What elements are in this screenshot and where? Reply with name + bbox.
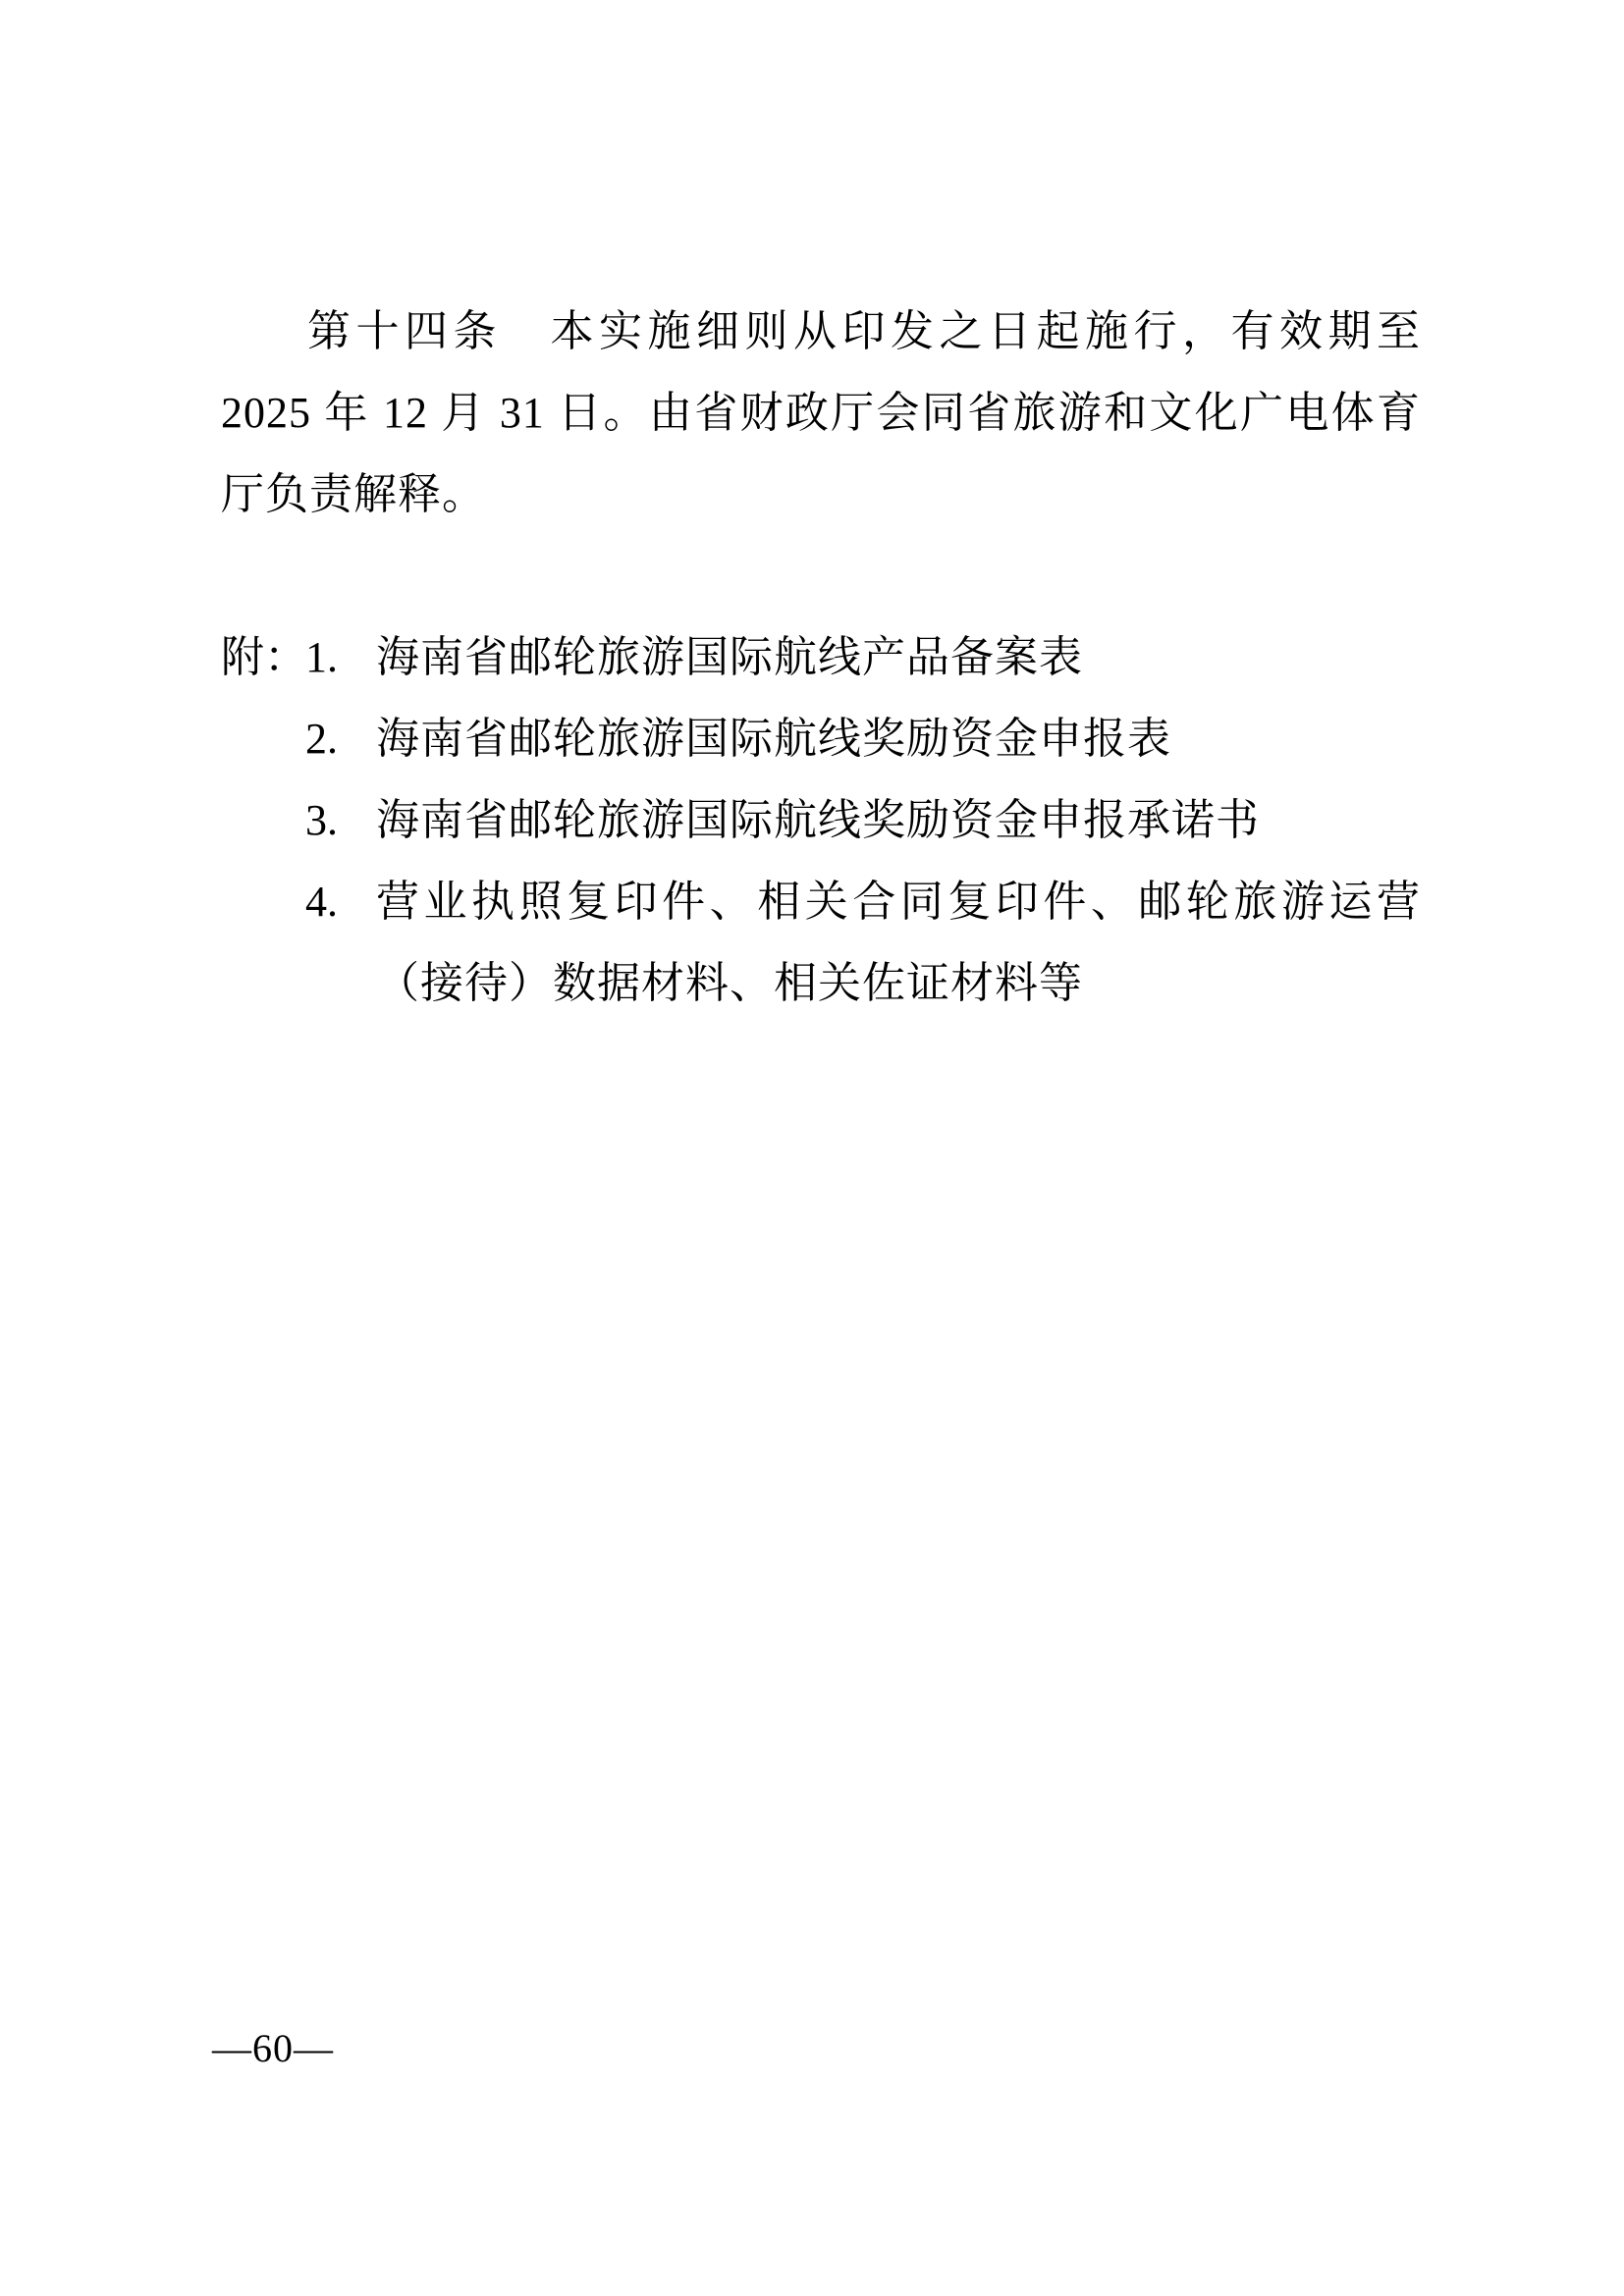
attachment-item-text: 海南省邮轮旅游国际航线奖励资金申报表: [376, 698, 1421, 779]
attachment-item-number: 2.: [305, 698, 376, 779]
document-body: 第十四条 本实施细则从印发之日起施行，有效期至 2025 年 12 月 31 日…: [221, 291, 1421, 1024]
attachment-row: 附： 1. 海南省邮轮旅游国际航线产品备案表: [221, 616, 1421, 698]
document-page: 第十四条 本实施细则从印发之日起施行，有效期至 2025 年 12 月 31 日…: [0, 0, 1624, 2296]
attachment-item-text: 海南省邮轮旅游国际航线奖励资金申报承诺书: [376, 779, 1421, 861]
attachment-item-text: 营业执照复印件、相关合同复印件、邮轮旅游运营（接待）数据材料、相关佐证材料等: [376, 861, 1421, 1024]
attachment-row: 3. 海南省邮轮旅游国际航线奖励资金申报承诺书: [221, 779, 1421, 861]
clause-paragraph: 第十四条 本实施细则从印发之日起施行，有效期至 2025 年 12 月 31 日…: [221, 291, 1421, 535]
attachment-item-number: 1.: [305, 616, 376, 698]
attachment-label: 附：: [221, 616, 305, 698]
attachment-item-text: 海南省邮轮旅游国际航线产品备案表: [376, 616, 1421, 698]
attachment-list: 附： 1. 海南省邮轮旅游国际航线产品备案表 2. 海南省邮轮旅游国际航线奖励资…: [221, 616, 1421, 1024]
attachment-item-number: 4.: [305, 861, 376, 942]
attachment-row: 2. 海南省邮轮旅游国际航线奖励资金申报表: [221, 698, 1421, 779]
page-number: —60—: [212, 2025, 334, 2072]
attachment-item-number: 3.: [305, 779, 376, 861]
attachment-row: 4. 营业执照复印件、相关合同复印件、邮轮旅游运营（接待）数据材料、相关佐证材料…: [221, 861, 1421, 1024]
